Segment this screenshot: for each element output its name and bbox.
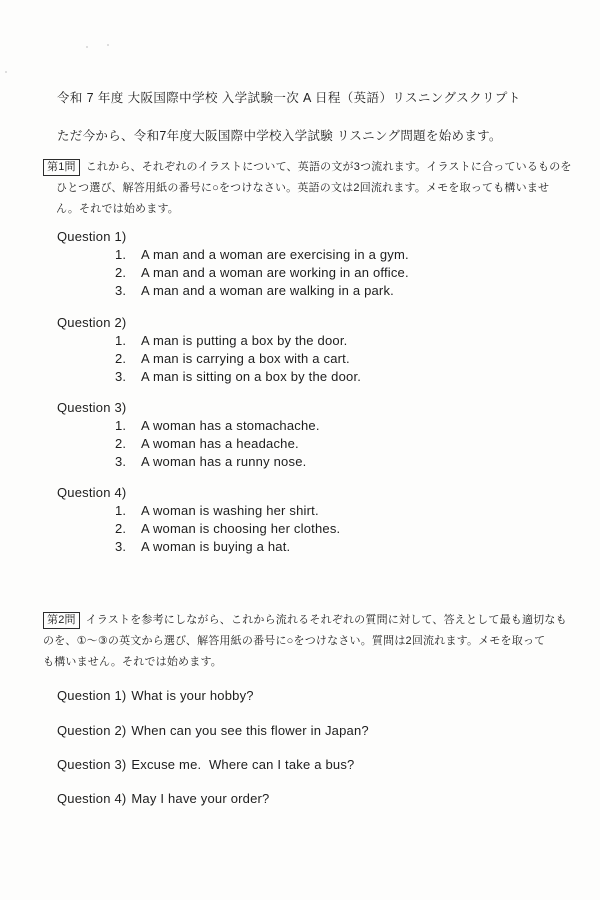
section2-instruction-line3: も構いません。それでは始めます。	[43, 652, 567, 673]
option-text: A woman has a headache.	[141, 436, 299, 451]
question-4-label: Question 4)	[57, 484, 340, 502]
question-1-option-1: 1.A man and a woman are exercising in a …	[57, 246, 409, 264]
question-2-option-2: 2.A man is carrying a box with a cart.	[57, 350, 361, 368]
section2-instruction-line1: イラストを参考にしながら、これから流れるそれぞれの質問に対して、答えとして最も適…	[86, 614, 567, 626]
option-number: 1.	[115, 332, 141, 350]
scan-speck	[5, 71, 7, 73]
question-3-label: Question 3)	[57, 399, 320, 417]
question-block-4: Question 4) 1.A woman is washing her shi…	[57, 484, 340, 556]
option-number: 1.	[115, 502, 141, 520]
question-label: Question 3)	[57, 757, 126, 772]
question-2-label: Question 2)	[57, 314, 361, 332]
question-text: What is your hobby?	[131, 688, 253, 703]
option-number: 3.	[115, 453, 141, 471]
section2-label-box: 第2問	[43, 612, 80, 629]
question-2-option-3: 3.A man is sitting on a box by the door.	[57, 368, 361, 386]
question-block-1: Question 1) 1.A man and a woman are exer…	[57, 228, 409, 300]
question-1-option-3: 3.A man and a woman are walking in a par…	[57, 282, 409, 300]
section2-question-2: Question 2)When can you see this flower …	[57, 722, 369, 739]
section2-instruction-line2: のを、①～③の英文から選び、解答用紙の番号に○をつけなさい。質問は2回流れます。…	[43, 631, 567, 652]
section1-instructions: 第1問これから、それぞれのイラストについて、英語の文が3つ流れます。イラストに合…	[43, 157, 572, 220]
option-number: 2.	[115, 520, 141, 538]
option-number: 2.	[115, 350, 141, 368]
question-3-option-1: 1.A woman has a stomachache.	[57, 417, 320, 435]
question-text: May I have your order?	[131, 791, 269, 806]
scan-speck	[561, 166, 563, 168]
question-4-option-2: 2.A woman is choosing her clothes.	[57, 520, 340, 538]
section2-question-3: Question 3)Excuse me. Where can I take a…	[57, 756, 354, 773]
question-2-option-1: 1.A man is putting a box by the door.	[57, 332, 361, 350]
question-4-option-1: 1.A woman is washing her shirt.	[57, 502, 340, 520]
question-label: Question 4)	[57, 791, 126, 806]
option-text: A woman is choosing her clothes.	[141, 521, 340, 536]
option-number: 2.	[115, 435, 141, 453]
scan-speck	[107, 44, 109, 46]
option-number: 1.	[115, 246, 141, 264]
option-number: 1.	[115, 417, 141, 435]
question-label: Question 2)	[57, 723, 126, 738]
option-text: A man is putting a box by the door.	[141, 333, 347, 348]
option-number: 3.	[115, 282, 141, 300]
section2-instructions: 第2問イラストを参考にしながら、これから流れるそれぞれの質問に対して、答えとして…	[43, 610, 567, 673]
document-page: 令和 7 年度 大阪国際中学校 入学試験一次 A 日程（英語）リスニングスクリプ…	[0, 0, 600, 900]
question-text: When can you see this flower in Japan?	[131, 723, 368, 738]
question-3-option-2: 2.A woman has a headache.	[57, 435, 320, 453]
question-1-option-2: 2.A man and a woman are working in an of…	[57, 264, 409, 282]
option-text: A man and a woman are working in an offi…	[141, 265, 409, 280]
section1-instruction-line3: ん。それでは始めます。	[43, 199, 572, 220]
section1-instruction-line2: ひとつ選び、解答用紙の番号に○をつけなさい。英語の文は2回流れます。メモを取って…	[43, 178, 572, 199]
option-text: A woman has a stomachache.	[141, 418, 320, 433]
question-3-option-3: 3.A woman has a runny nose.	[57, 453, 320, 471]
option-text: A man is sitting on a box by the door.	[141, 369, 361, 384]
option-text: A man is carrying a box with a cart.	[141, 351, 350, 366]
section2-question-1: Question 1)What is your hobby?	[57, 687, 254, 704]
option-text: A woman is washing her shirt.	[141, 503, 319, 518]
document-title: 令和 7 年度 大阪国際中学校 入学試験一次 A 日程（英語）リスニングスクリプ…	[57, 88, 521, 106]
question-block-3: Question 3) 1.A woman has a stomachache.…	[57, 399, 320, 471]
question-text: Excuse me. Where can I take a bus?	[131, 757, 354, 772]
option-number: 2.	[115, 264, 141, 282]
question-label: Question 1)	[57, 688, 126, 703]
section1-label-box: 第1問	[43, 159, 80, 176]
question-block-2: Question 2) 1.A man is putting a box by …	[57, 314, 361, 386]
option-number: 3.	[115, 538, 141, 556]
section2-question-4: Question 4)May I have your order?	[57, 790, 269, 807]
question-1-label: Question 1)	[57, 228, 409, 246]
question-4-option-3: 3.A woman is buying a hat.	[57, 538, 340, 556]
option-text: A man and a woman are exercising in a gy…	[141, 247, 409, 262]
option-text: A man and a woman are walking in a park.	[141, 283, 394, 298]
option-number: 3.	[115, 368, 141, 386]
option-text: A woman is buying a hat.	[141, 539, 290, 554]
option-text: A woman has a runny nose.	[141, 454, 306, 469]
intro-line: ただ今から、令和7年度大阪国際中学校入学試験 リスニング問題を始めます。	[57, 126, 502, 144]
section1-instruction-line1: これから、それぞれのイラストについて、英語の文が3つ流れます。イラストに合ってい…	[86, 161, 572, 173]
scan-speck	[86, 46, 88, 48]
